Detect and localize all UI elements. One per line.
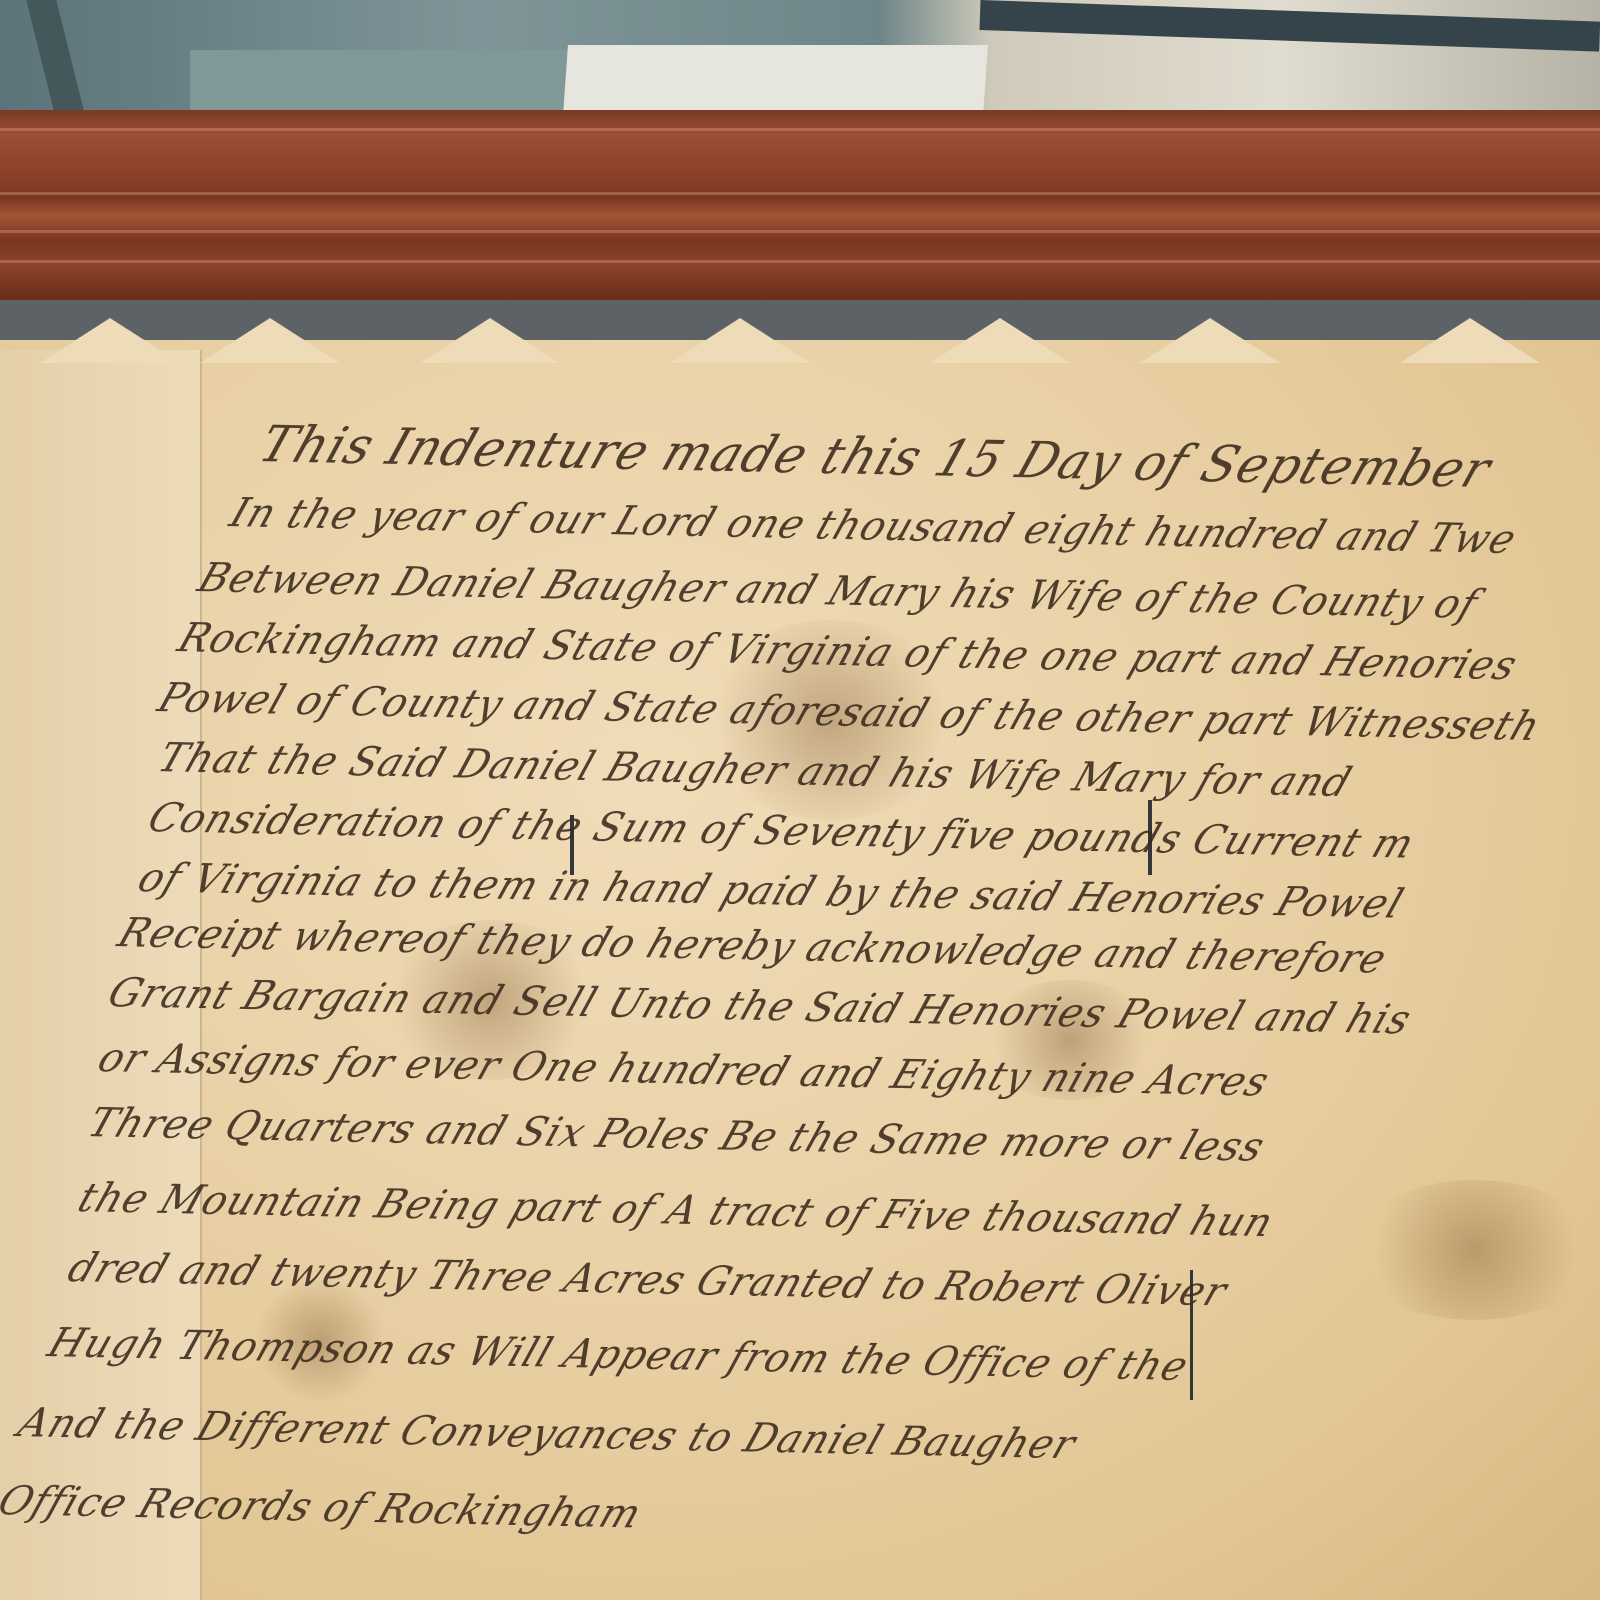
deed-line: This Indenture made this 15 Day of Septe… [252, 415, 1499, 499]
deed-line: Office Records of Rockingham [0, 1478, 648, 1537]
deed-line: Rockingham and State of Virginia of the … [172, 615, 1524, 689]
deed-line: And the Different Conveyances to Daniel … [12, 1400, 1082, 1468]
handwritten-text: This Indenture made this 15 Day of Septe… [0, 0, 1600, 1600]
deed-line: Consideration of the Sum of Seventy five… [142, 795, 1421, 868]
deed-line: or Assigns for ever One hundred and Eigh… [92, 1035, 1275, 1106]
deed-line: the Mountain Being part of A tract of Fi… [72, 1175, 1280, 1246]
deed-line: Hugh Thompson as Will Appear from the Of… [42, 1320, 1195, 1390]
deed-line: Between Daniel Baugher and Mary his Wife… [192, 555, 1484, 628]
photo-scene: This Indenture made this 15 Day of Septe… [0, 0, 1600, 1600]
deed-line: dred and twenty Three Acres Granted to R… [62, 1245, 1233, 1315]
deed-line: Three Quarters and Six Poles Be the Same… [82, 1100, 1271, 1171]
deed-line: Grant Bargain and Sell Unto the Said Hen… [102, 970, 1418, 1043]
deed-line: In the year of our Lord one thousand eig… [224, 490, 1523, 563]
deed-line: That the Said Daniel Baugher and his Wif… [152, 735, 1358, 806]
